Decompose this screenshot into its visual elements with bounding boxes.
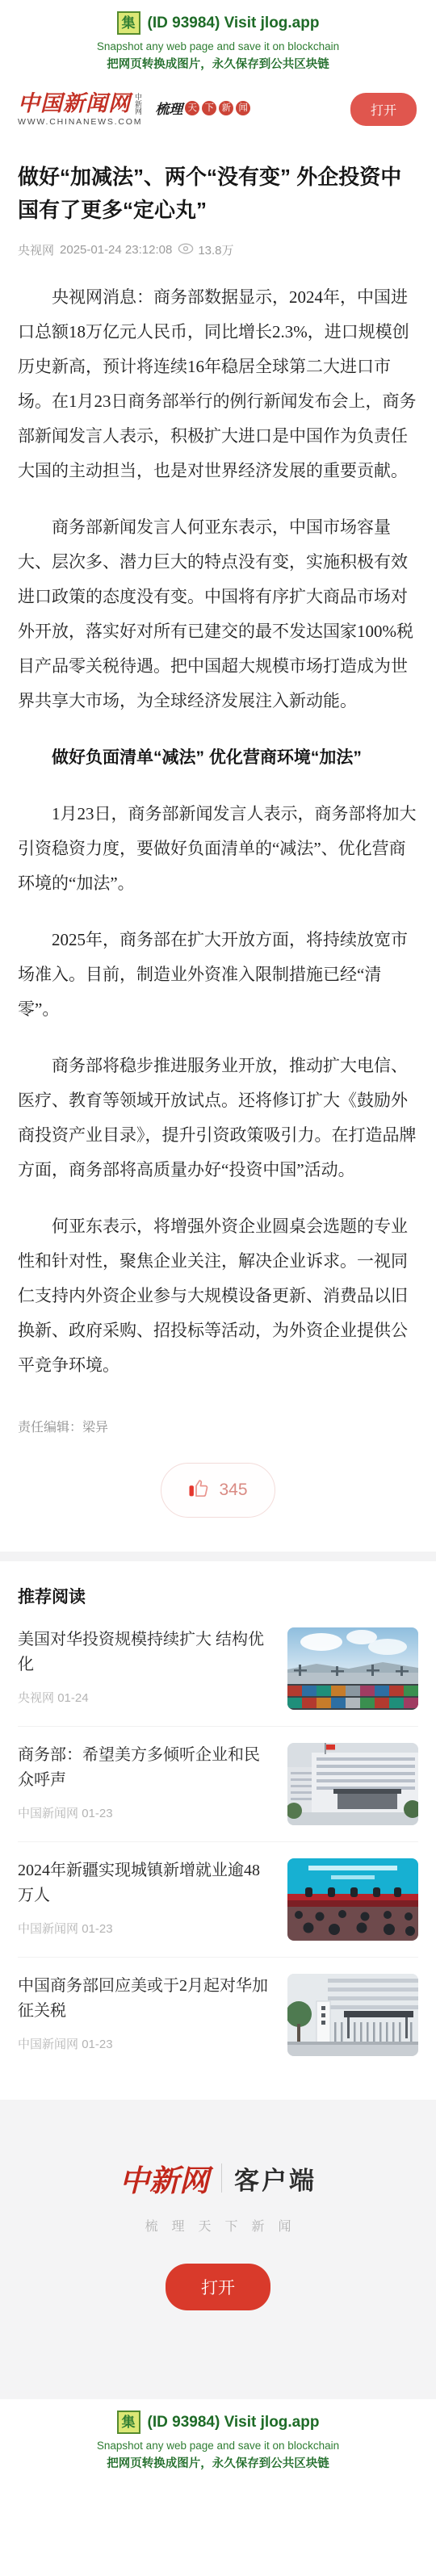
- jlog-banner-title: (ID 93984) Visit jlog.app: [148, 2414, 320, 2431]
- port-containers-thumbnail-image: [287, 1627, 418, 1710]
- recommended-item-title: 美国对华投资规模持续扩大 结构优化: [18, 1627, 275, 1678]
- recommended-item-date: 01-23: [82, 1922, 112, 1936]
- jlog-banner-link[interactable]: 集 (ID 93984) Visit jlog.app: [0, 2411, 436, 2434]
- recommended-item[interactable]: 2024年新疆实现城镇新增就业逾48万人 中国新闻网 01-23: [18, 1842, 418, 1958]
- like-count: 345: [219, 1481, 247, 1500]
- site-header: 中国新闻网 中新网 WWW.CHINANEWS.COM 梳理 天 下 新 闻 打…: [0, 82, 436, 135]
- like-button[interactable]: 345: [161, 1463, 275, 1518]
- tagline-stamp: 下: [202, 101, 216, 115]
- tagline-stamp: 新: [219, 101, 233, 115]
- jlog-logo-icon: 集: [117, 11, 140, 35]
- recommended-section: 推荐阅读 美国对华投资规模持续扩大 结构优化 央视网 01-24: [0, 1584, 436, 2072]
- view-count: 13.8万: [198, 241, 233, 258]
- article-source: 央视网: [18, 241, 54, 258]
- recommended-item-title: 2024年新疆实现城镇新增就业逾48万人: [18, 1858, 275, 1908]
- article-paragraph: 央视网消息：商务部数据显示，2024年，中国进口总额18万亿元人民币，同比增长2…: [18, 280, 418, 488]
- chinanews-url: WWW.CHINANEWS.COM: [18, 117, 142, 127]
- section-divider: [0, 1552, 436, 1561]
- recommended-item-source: 中国新闻网: [18, 1922, 78, 1936]
- press-conference-thumbnail-image: [287, 1858, 418, 1941]
- site-tagline: 梳理 天 下 新 闻: [155, 98, 250, 118]
- recommended-item-meta: 中国新闻网 01-23: [18, 1804, 275, 1821]
- open-app-button-top[interactable]: 打开: [350, 93, 417, 126]
- article-title: 做好“加减法”、两个“没有变” 外企投资中国有了更多“定心丸”: [0, 161, 436, 227]
- jlog-banner-link[interactable]: 集 (ID 93984) Visit jlog.app: [0, 11, 436, 35]
- view-count-group: 13.8万: [178, 241, 233, 258]
- chinanews-logo-side-text: 中新网: [134, 93, 142, 115]
- article-paragraph: 商务部将稳步推进服务业开放，推动扩大电信、医疗、教育等领域开放试点。还将修订扩大…: [18, 1049, 418, 1187]
- recommended-item-date: 01-24: [57, 1691, 88, 1705]
- chinanews-footer-logo-text: 中新网: [119, 2156, 209, 2200]
- recommended-item-title: 商务部：希望美方多倾听企业和民众呼声: [18, 1743, 275, 1793]
- thumbs-up-icon: [188, 1477, 210, 1503]
- jlog-logo-icon: 集: [117, 2411, 140, 2434]
- jlog-subtitle-zh: 把网页转换成图片，永久保存到公共区块链: [0, 2454, 436, 2471]
- recommended-item[interactable]: 美国对华投资规模持续扩大 结构优化 央视网 01-24: [18, 1611, 418, 1727]
- like-section: 345: [0, 1463, 436, 1518]
- footer-logo-row: 中新网 客户端: [0, 2156, 436, 2200]
- article-paragraph: 1月23日，商务部新闻发言人表示，商务部将加大引资稳资力度，要做好负面清单的“减…: [18, 797, 418, 901]
- recommended-item[interactable]: 中国商务部回应美或于2月起对华加征关税 中国新闻网 01-23: [18, 1958, 418, 2072]
- chinanews-logo[interactable]: 中国新闻网 中新网 WWW.CHINANEWS.COM: [18, 91, 142, 127]
- recommended-item-title: 中国商务部回应美或于2月起对华加征关税: [18, 1974, 275, 2024]
- recommended-item-date: 01-23: [82, 1807, 112, 1820]
- article-paragraph: 2025年，商务部在扩大开放方面，将持续放宽市场准入。目前，制造业外资准入限制措…: [18, 923, 418, 1027]
- ministry-gate-thumbnail-image: [287, 1974, 418, 2056]
- app-download-footer: 中新网 客户端 梳理天下新闻 打开: [0, 2100, 436, 2399]
- recommended-item-source: 中国新闻网: [18, 1807, 78, 1820]
- tagline-stamp: 天: [185, 101, 199, 115]
- article-subheading: 做好负面清单“减法” 优化营商环境“加法”: [18, 740, 418, 775]
- article-meta: 央视网 2025-01-24 23:12:08 13.8万: [0, 241, 436, 258]
- jlog-subtitle-en: Snapshot any web page and save it on blo…: [0, 40, 436, 52]
- article-body: 央视网消息：商务部数据显示，2024年，中国进口总额18万亿元人民币，同比增长2…: [0, 280, 436, 1383]
- editor-line: 责任编辑：梁异: [0, 1417, 436, 1435]
- chinanews-logo-text: 中国新闻网: [18, 91, 131, 115]
- footer-tagline: 梳理天下新闻: [0, 2216, 436, 2235]
- open-app-button-footer[interactable]: 打开: [166, 2264, 270, 2310]
- recommended-item-date: 01-23: [82, 2038, 112, 2051]
- recommended-item-meta: 中国新闻网 01-23: [18, 2035, 275, 2052]
- jlog-subtitle-en: Snapshot any web page and save it on blo…: [0, 2440, 436, 2452]
- jlog-subtitle-zh: 把网页转换成图片，永久保存到公共区块链: [0, 55, 436, 72]
- article-paragraph: 何亚东表示，将增强外资企业圆桌会选题的专业性和针对性，聚焦企业关注，解决企业诉求…: [18, 1209, 418, 1383]
- footer-app-label: 客户端: [234, 2160, 317, 2197]
- recommended-item-meta: 央视网 01-24: [18, 1689, 275, 1706]
- jlog-banner-bottom: 集 (ID 93984) Visit jlog.app Snapshot any…: [0, 2399, 436, 2481]
- tagline-stamp: 闻: [236, 101, 250, 115]
- jlog-banner-top: 集 (ID 93984) Visit jlog.app Snapshot any…: [0, 0, 436, 82]
- jlog-banner-title: (ID 93984) Visit jlog.app: [148, 15, 320, 32]
- article-paragraph: 商务部新闻发言人何亚东表示，中国市场容量大、层次多、潜力巨大的特点没有变，实施积…: [18, 510, 418, 718]
- recommended-item-source: 央视网: [18, 1691, 54, 1705]
- tagline-prefix: 梳理: [155, 98, 182, 118]
- ministry-building-thumbnail-image: [287, 1743, 418, 1825]
- article-timestamp: 2025-01-24 23:12:08: [60, 243, 172, 257]
- recommended-heading: 推荐阅读: [18, 1584, 418, 1608]
- recommended-item[interactable]: 商务部：希望美方多倾听企业和民众呼声 中国新闻网 01-23: [18, 1727, 418, 1842]
- recommended-item-source: 中国新闻网: [18, 2038, 78, 2051]
- recommended-item-meta: 中国新闻网 01-23: [18, 1920, 275, 1937]
- eye-icon: [178, 243, 194, 258]
- footer-logo-divider: [221, 2163, 222, 2193]
